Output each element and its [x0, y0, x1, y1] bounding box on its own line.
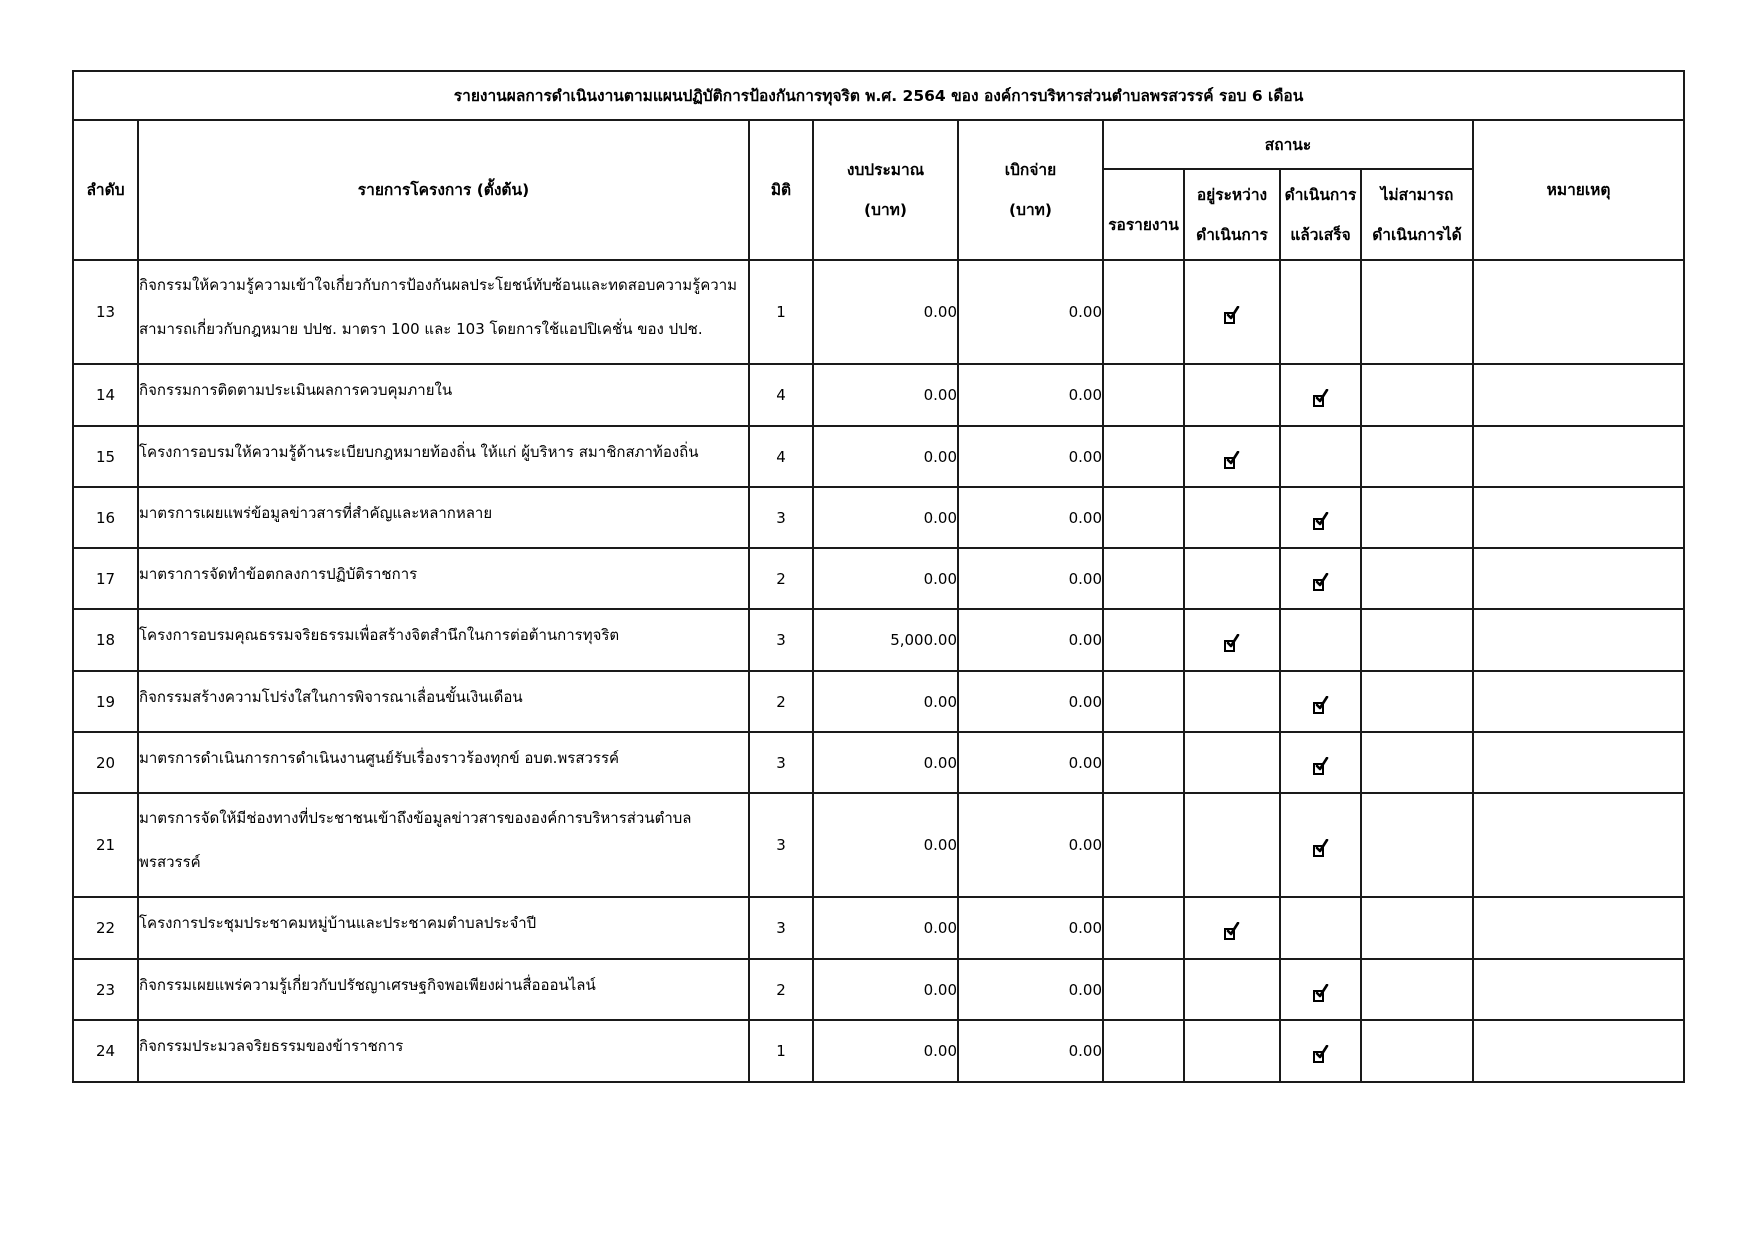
- report-title: รายงานผลการดำเนินงานตามแผนปฏิบัติการป้อง…: [73, 71, 1684, 120]
- row-project-text: กิจกรรมเผยแพร่ความรู้เกี่ยวกับปรัชญาเศรษ…: [139, 963, 748, 1007]
- row-disbursed: 0.00: [958, 260, 1103, 364]
- row-disbursed: 0.00: [958, 364, 1103, 426]
- row-status-done: [1280, 609, 1361, 671]
- report-table: รายงานผลการดำเนินงานตามแผนปฏิบัติการป้อง…: [72, 70, 1685, 1083]
- header-order: ลำดับ: [73, 120, 138, 260]
- row-status-unable: [1361, 548, 1473, 609]
- row-status-done: [1280, 897, 1361, 959]
- row-project-text: กิจกรรมสร้างความโปร่งใสในการพิจารณาเลื่อ…: [139, 675, 748, 719]
- row-budget: 0.00: [813, 1020, 958, 1082]
- row-dimension: 3: [749, 793, 813, 897]
- row-project-text: มาตรการจัดให้มีช่องทางที่ประชาชนเข้าถึงข…: [139, 796, 748, 884]
- checked-box-icon: [1313, 391, 1329, 407]
- row-project-text: มาตรการเผยแพร่ข้อมูลข่าวสารที่สำคัญและหล…: [139, 491, 748, 535]
- row-status-done: [1280, 1020, 1361, 1082]
- table-row: 13 กิจกรรมให้ความรู้ความเข้าใจเกี่ยวกับก…: [73, 260, 1684, 364]
- header-dimension: มิติ: [749, 120, 813, 260]
- row-project: โครงการอบรมคุณธรรมจริยธรรมเพื่อสร้างจิตส…: [138, 609, 749, 671]
- row-remark: [1473, 364, 1684, 426]
- row-dimension: 4: [749, 426, 813, 487]
- row-remark: [1473, 609, 1684, 671]
- table-row: 17 มาตราการจัดทำข้อตกลงการปฏิบัติราชการ …: [73, 548, 1684, 609]
- checked-box-icon: [1313, 514, 1329, 530]
- header-status-unable: ไม่สามารถดำเนินการได้: [1361, 169, 1473, 260]
- table-row: 22 โครงการประชุมประชาคมหมู่บ้านและประชาค…: [73, 897, 1684, 959]
- row-status-done: [1280, 959, 1361, 1020]
- row-status-done: [1280, 793, 1361, 897]
- row-project: กิจกรรมประมวลจริยธรรมของข้าราชการ: [138, 1020, 749, 1082]
- row-status-done: [1280, 487, 1361, 548]
- row-disbursed: 0.00: [958, 487, 1103, 548]
- row-dimension: 4: [749, 364, 813, 426]
- row-status-done: [1280, 548, 1361, 609]
- row-order: 15: [73, 426, 138, 487]
- row-status-pending: [1103, 548, 1184, 609]
- row-status-unable: [1361, 793, 1473, 897]
- row-status-pending: [1103, 1020, 1184, 1082]
- header-budget-line1: งบประมาณ: [814, 150, 957, 190]
- header-status-in-progress: อยู่ระหว่างดำเนินการ: [1184, 169, 1280, 260]
- table-row: 20 มาตรการดำเนินการการดำเนินงานศูนย์รับเ…: [73, 732, 1684, 793]
- row-status-done: [1280, 671, 1361, 732]
- row-dimension: 3: [749, 897, 813, 959]
- row-budget: 0.00: [813, 897, 958, 959]
- row-dimension: 3: [749, 732, 813, 793]
- row-status-done: [1280, 426, 1361, 487]
- row-remark: [1473, 548, 1684, 609]
- row-status-pending: [1103, 732, 1184, 793]
- row-dimension: 2: [749, 671, 813, 732]
- row-project-text: โครงการอบรมให้ความรู้ด้านระเบียบกฎหมายท้…: [139, 430, 748, 474]
- table-row: 21 มาตรการจัดให้มีช่องทางที่ประชาชนเข้าถ…: [73, 793, 1684, 897]
- row-status-in-progress: [1184, 487, 1280, 548]
- header-done-line1: ดำเนินการ: [1281, 175, 1360, 215]
- row-order: 17: [73, 548, 138, 609]
- row-status-unable: [1361, 732, 1473, 793]
- header-budget: งบประมาณ(บาท): [813, 120, 958, 260]
- row-budget: 0.00: [813, 364, 958, 426]
- row-remark: [1473, 260, 1684, 364]
- table-row: 19 กิจกรรมสร้างความโปร่งใสในการพิจารณาเล…: [73, 671, 1684, 732]
- header-status-done: ดำเนินการแล้วเสร็จ: [1280, 169, 1361, 260]
- row-project-text: กิจกรรมประมวลจริยธรรมของข้าราชการ: [139, 1024, 748, 1068]
- row-disbursed: 0.00: [958, 609, 1103, 671]
- checked-box-icon: [1224, 924, 1240, 940]
- row-remark: [1473, 1020, 1684, 1082]
- row-budget: 0.00: [813, 671, 958, 732]
- checked-box-icon: [1313, 759, 1329, 775]
- row-status-in-progress: [1184, 426, 1280, 487]
- row-status-in-progress: [1184, 897, 1280, 959]
- row-status-unable: [1361, 260, 1473, 364]
- header-unable-line2: ดำเนินการได้: [1362, 215, 1472, 255]
- table-row: 15 โครงการอบรมให้ความรู้ด้านระเบียบกฎหมา…: [73, 426, 1684, 487]
- row-project: กิจกรรมให้ความรู้ความเข้าใจเกี่ยวกับการป…: [138, 260, 749, 364]
- row-order: 22: [73, 897, 138, 959]
- row-status-in-progress: [1184, 364, 1280, 426]
- row-order: 20: [73, 732, 138, 793]
- row-status-unable: [1361, 959, 1473, 1020]
- row-order: 13: [73, 260, 138, 364]
- row-order: 24: [73, 1020, 138, 1082]
- row-status-unable: [1361, 609, 1473, 671]
- row-status-pending: [1103, 959, 1184, 1020]
- row-disbursed: 0.00: [958, 426, 1103, 487]
- row-project: มาตรการเผยแพร่ข้อมูลข่าวสารที่สำคัญและหล…: [138, 487, 749, 548]
- row-dimension: 3: [749, 487, 813, 548]
- row-order: 21: [73, 793, 138, 897]
- table-body: 13 กิจกรรมให้ความรู้ความเข้าใจเกี่ยวกับก…: [73, 260, 1684, 1082]
- table-row: 14 กิจกรรมการติดตามประเมินผลการควบคุมภาย…: [73, 364, 1684, 426]
- table-row: 16 มาตรการเผยแพร่ข้อมูลข่าวสารที่สำคัญแล…: [73, 487, 1684, 548]
- row-status-in-progress: [1184, 609, 1280, 671]
- row-project: มาตรการจัดให้มีช่องทางที่ประชาชนเข้าถึงข…: [138, 793, 749, 897]
- row-order: 14: [73, 364, 138, 426]
- checked-box-icon: [1224, 308, 1240, 324]
- row-budget: 0.00: [813, 426, 958, 487]
- row-project-text: กิจกรรมการติดตามประเมินผลการควบคุมภายใน: [139, 368, 748, 412]
- header-done-line2: แล้วเสร็จ: [1281, 215, 1360, 255]
- row-budget: 0.00: [813, 793, 958, 897]
- checked-box-icon: [1313, 841, 1329, 857]
- row-disbursed: 0.00: [958, 671, 1103, 732]
- row-status-pending: [1103, 426, 1184, 487]
- row-status-done: [1280, 732, 1361, 793]
- row-status-unable: [1361, 897, 1473, 959]
- header-budget-line2: (บาท): [814, 190, 957, 230]
- row-status-pending: [1103, 897, 1184, 959]
- header-in-progress-line2: ดำเนินการ: [1185, 215, 1279, 255]
- row-remark: [1473, 671, 1684, 732]
- header-status: สถานะ: [1103, 120, 1473, 169]
- checked-box-icon: [1313, 575, 1329, 591]
- row-project: มาตราการจัดทำข้อตกลงการปฏิบัติราชการ: [138, 548, 749, 609]
- document-page: รายงานผลการดำเนินงานตามแผนปฏิบัติการป้อง…: [0, 0, 1754, 1241]
- row-status-pending: [1103, 364, 1184, 426]
- row-budget: 0.00: [813, 487, 958, 548]
- row-status-in-progress: [1184, 260, 1280, 364]
- row-status-in-progress: [1184, 959, 1280, 1020]
- row-disbursed: 0.00: [958, 897, 1103, 959]
- row-project: กิจกรรมการติดตามประเมินผลการควบคุมภายใน: [138, 364, 749, 426]
- row-status-unable: [1361, 1020, 1473, 1082]
- checked-box-icon: [1313, 698, 1329, 714]
- row-status-pending: [1103, 487, 1184, 548]
- row-project: กิจกรรมเผยแพร่ความรู้เกี่ยวกับปรัชญาเศรษ…: [138, 959, 749, 1020]
- table-row: 18 โครงการอบรมคุณธรรมจริยธรรมเพื่อสร้างจ…: [73, 609, 1684, 671]
- row-remark: [1473, 487, 1684, 548]
- row-project: กิจกรรมสร้างความโปร่งใสในการพิจารณาเลื่อ…: [138, 671, 749, 732]
- header-status-pending: รอรายงาน: [1103, 169, 1184, 260]
- row-project: โครงการอบรมให้ความรู้ด้านระเบียบกฎหมายท้…: [138, 426, 749, 487]
- table-row: 23 กิจกรรมเผยแพร่ความรู้เกี่ยวกับปรัชญาเ…: [73, 959, 1684, 1020]
- row-order: 18: [73, 609, 138, 671]
- row-dimension: 2: [749, 548, 813, 609]
- row-status-in-progress: [1184, 1020, 1280, 1082]
- checked-box-icon: [1224, 453, 1240, 469]
- row-budget: 0.00: [813, 260, 958, 364]
- row-budget: 0.00: [813, 732, 958, 793]
- row-budget: 0.00: [813, 959, 958, 1020]
- row-project-text: กิจกรรมให้ความรู้ความเข้าใจเกี่ยวกับการป…: [139, 263, 748, 351]
- row-status-pending: [1103, 793, 1184, 897]
- row-remark: [1473, 793, 1684, 897]
- row-order: 23: [73, 959, 138, 1020]
- header-disbursed-line1: เบิกจ่าย: [959, 150, 1102, 190]
- header-remark: หมายเหตุ: [1473, 120, 1684, 260]
- row-status-done: [1280, 364, 1361, 426]
- row-dimension: 1: [749, 260, 813, 364]
- header-disbursed: เบิกจ่าย(บาท): [958, 120, 1103, 260]
- row-status-unable: [1361, 487, 1473, 548]
- row-project-text: โครงการประชุมประชาคมหมู่บ้านและประชาคมตำ…: [139, 901, 748, 945]
- row-remark: [1473, 732, 1684, 793]
- header-status-pending-label: รอรายงาน: [1108, 216, 1179, 234]
- row-status-in-progress: [1184, 548, 1280, 609]
- row-project: มาตรการดำเนินการการดำเนินงานศูนย์รับเรื่…: [138, 732, 749, 793]
- row-status-unable: [1361, 426, 1473, 487]
- table-row: 24 กิจกรรมประมวลจริยธรรมของข้าราชการ 1 0…: [73, 1020, 1684, 1082]
- row-remark: [1473, 426, 1684, 487]
- row-status-pending: [1103, 260, 1184, 364]
- row-order: 16: [73, 487, 138, 548]
- row-disbursed: 0.00: [958, 548, 1103, 609]
- row-dimension: 2: [749, 959, 813, 1020]
- row-status-done: [1280, 260, 1361, 364]
- row-status-unable: [1361, 671, 1473, 732]
- row-order: 19: [73, 671, 138, 732]
- row-disbursed: 0.00: [958, 793, 1103, 897]
- row-remark: [1473, 959, 1684, 1020]
- row-remark: [1473, 897, 1684, 959]
- row-status-unable: [1361, 364, 1473, 426]
- row-budget: 5,000.00: [813, 609, 958, 671]
- header-project: รายการโครงการ (ตั้งต้น): [138, 120, 749, 260]
- row-project-text: โครงการอบรมคุณธรรมจริยธรรมเพื่อสร้างจิตส…: [139, 613, 748, 657]
- row-status-in-progress: [1184, 671, 1280, 732]
- checked-box-icon: [1224, 636, 1240, 652]
- checked-box-icon: [1313, 1047, 1329, 1063]
- row-budget: 0.00: [813, 548, 958, 609]
- header-disbursed-line2: (บาท): [959, 190, 1102, 230]
- row-status-in-progress: [1184, 732, 1280, 793]
- row-project-text: มาตราการจัดทำข้อตกลงการปฏิบัติราชการ: [139, 552, 748, 596]
- row-project: โครงการประชุมประชาคมหมู่บ้านและประชาคมตำ…: [138, 897, 749, 959]
- row-project-text: มาตรการดำเนินการการดำเนินงานศูนย์รับเรื่…: [139, 736, 748, 780]
- header-unable-line1: ไม่สามารถ: [1362, 175, 1472, 215]
- row-disbursed: 0.00: [958, 959, 1103, 1020]
- row-status-pending: [1103, 609, 1184, 671]
- row-disbursed: 0.00: [958, 732, 1103, 793]
- row-dimension: 1: [749, 1020, 813, 1082]
- row-disbursed: 0.00: [958, 1020, 1103, 1082]
- row-dimension: 3: [749, 609, 813, 671]
- row-status-pending: [1103, 671, 1184, 732]
- checked-box-icon: [1313, 986, 1329, 1002]
- row-status-in-progress: [1184, 793, 1280, 897]
- header-in-progress-line1: อยู่ระหว่าง: [1185, 175, 1279, 215]
